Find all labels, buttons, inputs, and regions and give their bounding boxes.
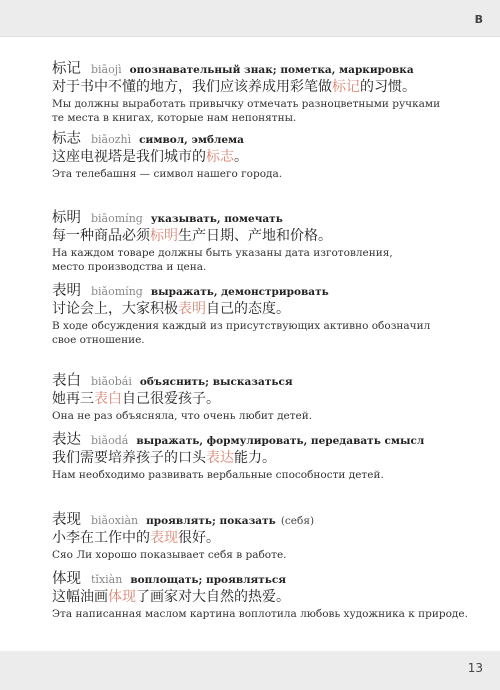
- entry-meaning: выражать, демонстрировать: [151, 286, 329, 298]
- entry-hanzi: 体现: [52, 571, 81, 587]
- entry-meaning: проявлять; показать: [146, 515, 276, 527]
- entry-meaning: воплощать; проявляться: [130, 574, 286, 586]
- entry-headline: 标记biāojìопознавательный знак; пометка, м…: [52, 57, 492, 77]
- example-text: 对于书中不懂的地方，我们应该养成用彩笔做: [52, 79, 332, 95]
- page-footer: 13: [0, 651, 500, 690]
- dictionary-entry: 体现tǐxiànвоплощать; проявляться 这幅油画体现了画家…: [52, 567, 492, 622]
- example-chinese: 我们需要培养孩子的口头表达能力。: [52, 448, 492, 469]
- entry-meaning: опознавательный знак; пометка, маркировк…: [130, 64, 414, 76]
- example-text: 我们需要培养孩子的口头: [52, 450, 206, 466]
- dictionary-entry: 表明biǎomíngвыражать, демонстрировать 讨论会上…: [52, 279, 492, 347]
- page-header: B: [0, 0, 500, 37]
- example-text: 这幅油画: [52, 589, 108, 605]
- highlighted-word: 体现: [108, 589, 136, 605]
- highlighted-word: 表达: [206, 450, 234, 466]
- example-text: 讨论会上，大家积极: [52, 301, 178, 317]
- page-number: 13: [468, 661, 483, 675]
- entry-headline: 表现biǎoxiànпроявлять; показать (себя): [52, 508, 492, 528]
- highlighted-word: 表现: [150, 530, 178, 546]
- highlighted-word: 表白: [94, 391, 122, 407]
- example-translation: Сяо Ли хорошо показывает себя в работе.: [52, 549, 492, 563]
- entry-meaning: объяснить; высказаться: [140, 376, 293, 388]
- entry-meaning: выражать, формулировать, передавать смыс…: [136, 435, 424, 447]
- example-chinese: 这座电视塔是我们城市的标志。: [52, 147, 492, 168]
- example-text: 的习惯。: [360, 79, 416, 95]
- example-text: 这座电视塔是我们城市的: [52, 149, 206, 165]
- example-chinese: 小李在工作中的表现很好。: [52, 528, 492, 549]
- highlighted-word: 表明: [178, 301, 206, 317]
- dictionary-entry: 标记biāojìопознавательный знак; пометка, м…: [52, 57, 492, 125]
- example-text: 生产日期、产地和价格。: [178, 228, 332, 244]
- entry-headline: 体现tǐxiànвоплощать; проявляться: [52, 567, 492, 587]
- entry-meaning: символ, эмблема: [139, 134, 244, 146]
- entry-hanzi: 表现: [52, 512, 81, 528]
- entry-pinyin: biāojì: [91, 63, 122, 76]
- example-translation: Эта телебашня — символ нашего города.: [52, 168, 492, 182]
- highlighted-word: 标记: [332, 79, 360, 95]
- entry-hanzi: 表达: [52, 432, 81, 448]
- entry-pinyin: biāomíng: [91, 212, 143, 225]
- entry-headline: 表达biǎodáвыражать, формулировать, передав…: [52, 428, 492, 448]
- dictionary-entry: 表达biǎodáвыражать, формулировать, передав…: [52, 428, 492, 483]
- dictionary-entry: 标志biāozhìсимвол, эмблема 这座电视塔是我们城市的标志。 …: [52, 127, 492, 182]
- example-chinese: 每一种商品必须标明生产日期、产地和价格。: [52, 226, 492, 247]
- example-translation: На каждом товаре должны быть указаны дат…: [52, 247, 402, 274]
- dictionary-entry: 表现biǎoxiànпроявлять; показать (себя) 小李在…: [52, 508, 492, 563]
- entry-headline: 表明biǎomíngвыражать, демонстрировать: [52, 279, 492, 299]
- entry-pinyin: biǎomíng: [91, 285, 143, 298]
- example-text: 了画家对大自然的热爱。: [136, 589, 290, 605]
- entry-headline: 标明biāomíngуказывать, помечать: [52, 206, 492, 226]
- entry-meaning-note: (себя): [281, 515, 314, 527]
- example-translation: В ходе обсуждения каждый из присутствующ…: [52, 320, 452, 347]
- entry-hanzi: 表白: [52, 373, 81, 389]
- example-chinese: 对于书中不懂的地方，我们应该养成用彩笔做标记的习惯。: [52, 77, 492, 98]
- entry-hanzi: 表明: [52, 283, 81, 299]
- entry-pinyin: biāozhì: [91, 133, 131, 146]
- entry-headline: 标志biāozhìсимвол, эмблема: [52, 127, 492, 147]
- example-text: 小李在工作中的: [52, 530, 150, 546]
- example-text: 能力。: [234, 450, 276, 466]
- example-text: 自己的态度。: [206, 301, 290, 317]
- entry-hanzi: 标明: [52, 210, 81, 226]
- example-text: 她再三: [52, 391, 94, 407]
- example-text: 每一种商品必须: [52, 228, 150, 244]
- highlighted-word: 标明: [150, 228, 178, 244]
- entry-meaning: указывать, помечать: [151, 213, 283, 225]
- dictionary-entry: 表白biǎobáiобъяснить; высказаться 她再三表白自己很…: [52, 369, 492, 424]
- example-translation: Нам необходимо развивать вербальные спос…: [52, 469, 492, 483]
- example-chinese: 她再三表白自己很爱孩子。: [52, 389, 492, 410]
- example-translation: Эта написанная маслом картина воплотила …: [52, 608, 492, 622]
- entry-pinyin: biǎobái: [91, 375, 132, 388]
- entry-hanzi: 标志: [52, 131, 81, 147]
- entry-hanzi: 标记: [52, 61, 81, 77]
- section-letter: B: [475, 13, 483, 26]
- dictionary-entry: 标明biāomíngуказывать, помечать 每一种商品必须标明生…: [52, 206, 492, 274]
- example-chinese: 这幅油画体现了画家对大自然的热爱。: [52, 587, 492, 608]
- entry-pinyin: tǐxiàn: [91, 573, 122, 586]
- example-chinese: 讨论会上，大家积极表明自己的态度。: [52, 299, 492, 320]
- example-text: 很好。: [178, 530, 220, 546]
- entry-pinyin: biǎoxiàn: [91, 514, 138, 527]
- example-text: 。: [234, 149, 248, 165]
- highlighted-word: 标志: [206, 149, 234, 165]
- example-translation: Мы должны выработать привычку отмечать р…: [52, 98, 452, 125]
- entry-pinyin: biǎodá: [91, 434, 128, 447]
- example-text: 自己很爱孩子。: [122, 391, 220, 407]
- example-translation: Она не раз объясняла, что очень любит де…: [52, 410, 492, 424]
- entry-headline: 表白biǎobáiобъяснить; высказаться: [52, 369, 492, 389]
